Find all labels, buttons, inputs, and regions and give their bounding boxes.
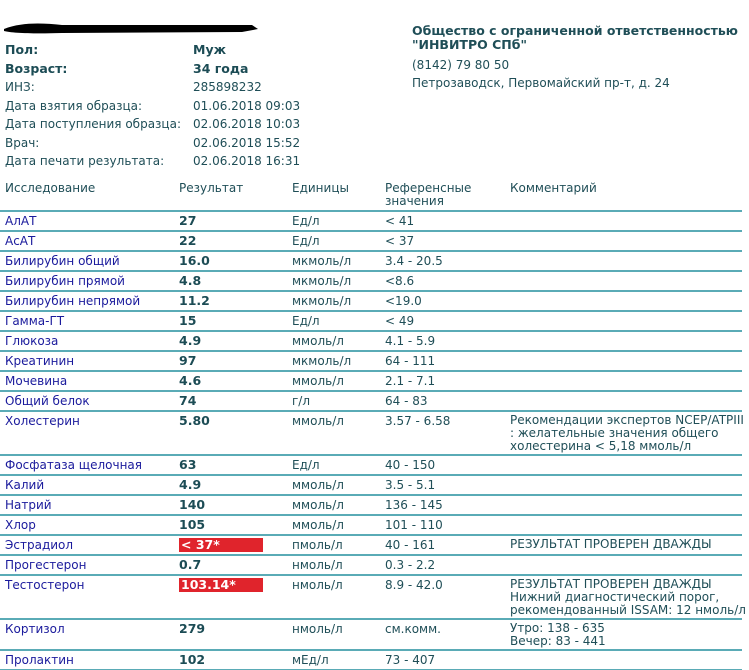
header-units: Единицы (292, 182, 349, 195)
test-units: Ед/л (292, 313, 320, 329)
reference-range: 4.1 - 5.9 (385, 333, 435, 349)
test-result: 279 (179, 621, 205, 637)
reference-range: 3.5 - 5.1 (385, 477, 435, 493)
reference-range: см.комм. (385, 621, 441, 637)
test-result: 5.80 (179, 413, 210, 429)
test-name: Билирубин непрямой (5, 293, 140, 309)
header-test: Исследование (5, 182, 95, 195)
table-row: Креатинин97мкмоль/л64 - 111 (0, 350, 742, 370)
table-row: АлАТ27Ед/л< 41 (0, 210, 742, 230)
results-table: Исследование Результат Единицы Референсн… (0, 180, 742, 670)
test-result: 4.9 (179, 333, 201, 349)
reference-range: 64 - 83 (385, 393, 428, 409)
test-name: Хлор (5, 517, 36, 533)
patient-field-label: Врач: (5, 134, 190, 152)
test-name: Прогестерон (5, 557, 86, 573)
test-name: Фосфатаза щелочная (5, 457, 142, 473)
test-units: г/л (292, 393, 310, 409)
test-units: мЕд/л (292, 652, 329, 668)
test-units: мкмоль/л (292, 273, 351, 289)
test-result: 16.0 (179, 253, 210, 269)
test-result: 74 (179, 393, 196, 409)
table-row: Эстрадиол< 37*пмоль/л40 - 161РЕЗУЛЬТАТ П… (0, 534, 742, 554)
test-result: 27 (179, 213, 196, 229)
test-units: ммоль/л (292, 477, 344, 493)
table-row: Пролактин102мЕд/л73 - 407 (0, 649, 742, 669)
patient-field-value: 34 года (193, 60, 248, 78)
table-row: Хлор105ммоль/л101 - 110 (0, 514, 742, 534)
reference-range: < 37 (385, 233, 414, 249)
test-comment: Утро: 138 - 635Вечер: 83 - 441 (510, 622, 606, 648)
reference-range: 64 - 111 (385, 353, 435, 369)
table-row: Натрий140ммоль/л136 - 145 (0, 494, 742, 514)
test-units: Ед/л (292, 213, 320, 229)
test-units: нмоль/л (292, 621, 343, 637)
patient-field-label: Пол: (5, 41, 190, 59)
test-name: Общий белок (5, 393, 90, 409)
test-comment: Рекомендации экспертов NCEP/ATPIII: жела… (510, 414, 744, 453)
test-units: нмоль/л (292, 557, 343, 573)
table-row: Калий4.9ммоль/л3.5 - 5.1 (0, 474, 742, 494)
test-units: Ед/л (292, 233, 320, 249)
test-units: мкмоль/л (292, 293, 351, 309)
lab-info: Общество с ограниченной ответственностью… (412, 24, 738, 92)
header-result: Результат (179, 182, 243, 195)
test-units: мкмоль/л (292, 253, 351, 269)
test-comment: РЕЗУЛЬТАТ ПРОВЕРЕН ДВАЖДЫНижний диагност… (510, 578, 746, 617)
table-row: Холестерин5.80ммоль/л3.57 - 6.58Рекоменд… (0, 410, 742, 454)
table-row: Общий белок74г/л64 - 83 (0, 390, 742, 410)
patient-field-label: Возраст: (5, 60, 190, 78)
test-units: нмоль/л (292, 577, 343, 593)
reference-range: 0.3 - 2.2 (385, 557, 435, 573)
lab-name-line1: Общество с ограниченной ответственностью (412, 24, 738, 38)
redacted-patient-name (2, 22, 258, 34)
lab-phone: (8142) 79 80 50 (412, 56, 738, 74)
header-reference: Референсные значения (385, 182, 471, 208)
flagged-result: < 37* (179, 538, 263, 552)
table-row: Прогестерон0.7нмоль/л0.3 - 2.2 (0, 554, 742, 574)
test-name: Мочевина (5, 373, 67, 389)
table-row: Фосфатаза щелочная63Ед/л40 - 150 (0, 454, 742, 474)
test-name: Калий (5, 477, 44, 493)
test-name: Билирубин общий (5, 253, 120, 269)
patient-field-value: 02.06.2018 16:31 (193, 152, 300, 170)
test-name: Холестерин (5, 413, 80, 429)
reference-range: < 49 (385, 313, 414, 329)
table-row: Тестостерон103.14*нмоль/л8.9 - 42.0РЕЗУЛ… (0, 574, 742, 618)
reference-range: < 41 (385, 213, 414, 229)
table-row: Кортизол279нмоль/лсм.комм.Утро: 138 - 63… (0, 618, 742, 649)
test-result: 97 (179, 353, 196, 369)
patient-field-label: Дата поступления образца: (5, 115, 190, 133)
patient-field-value: Муж (193, 41, 226, 59)
reference-range: 73 - 407 (385, 652, 435, 668)
test-result: 0.7 (179, 557, 201, 573)
test-comment: РЕЗУЛЬТАТ ПРОВЕРЕН ДВАЖДЫ (510, 538, 712, 551)
patient-field-label: ИНЗ: (5, 78, 190, 96)
test-result: 140 (179, 497, 205, 513)
test-units: ммоль/л (292, 497, 344, 513)
reference-range: 3.57 - 6.58 (385, 413, 450, 429)
test-name: Билирубин прямой (5, 273, 125, 289)
patient-field-value: 02.06.2018 10:03 (193, 115, 300, 133)
test-result: 63 (179, 457, 196, 473)
patient-field-label: Дата взятия образца: (5, 97, 190, 115)
test-units: мкмоль/л (292, 353, 351, 369)
test-units: ммоль/л (292, 333, 344, 349)
table-row: Билирубин непрямой11.2мкмоль/л<19.0 (0, 290, 742, 310)
table-row: Билирубин прямой4.8мкмоль/л<8.6 (0, 270, 742, 290)
test-units: ммоль/л (292, 373, 344, 389)
test-units: ммоль/л (292, 517, 344, 533)
test-name: Креатинин (5, 353, 74, 369)
test-result: 102 (179, 652, 205, 668)
test-name: Глюкоза (5, 333, 58, 349)
reference-range: 8.9 - 42.0 (385, 577, 443, 593)
test-name: Тестостерон (5, 577, 84, 593)
lab-address: Петрозаводск, Первомайский пр-т, д. 24 (412, 74, 738, 92)
table-row: АсАТ22Ед/л< 37 (0, 230, 742, 250)
test-result: 22 (179, 233, 196, 249)
test-units: пмоль/л (292, 537, 343, 553)
patient-field-value: 285898232 (193, 78, 262, 96)
patient-field-value: 01.06.2018 09:03 (193, 97, 300, 115)
flagged-result: 103.14* (179, 578, 263, 592)
patient-field-label: Дата печати результата: (5, 152, 190, 170)
test-name: АсАТ (5, 233, 35, 249)
reference-range: 3.4 - 20.5 (385, 253, 443, 269)
table-header: Исследование Результат Единицы Референсн… (0, 180, 742, 210)
test-result: 4.6 (179, 373, 201, 389)
table-row: Мочевина4.6ммоль/л2.1 - 7.1 (0, 370, 742, 390)
test-units: ммоль/л (292, 413, 344, 429)
table-row: Билирубин общий16.0мкмоль/л3.4 - 20.5 (0, 250, 742, 270)
reference-range: <8.6 (385, 273, 414, 289)
header-comment: Комментарий (510, 182, 597, 195)
reference-range: <19.0 (385, 293, 422, 309)
test-units: Ед/л (292, 457, 320, 473)
test-name: АлАТ (5, 213, 36, 229)
test-result: 105 (179, 517, 205, 533)
lab-name-line2: "ИНВИТРО СПб" (412, 38, 738, 52)
table-body: АлАТ27Ед/л< 41АсАТ22Ед/л< 37Билирубин об… (0, 210, 742, 669)
reference-range: 101 - 110 (385, 517, 443, 533)
test-result: 4.9 (179, 477, 201, 493)
test-result: 15 (179, 313, 196, 329)
reference-range: 40 - 150 (385, 457, 435, 473)
table-row: Глюкоза4.9ммоль/л4.1 - 5.9 (0, 330, 742, 350)
reference-range: 2.1 - 7.1 (385, 373, 435, 389)
patient-field-value: 02.06.2018 15:52 (193, 134, 300, 152)
test-result: 4.8 (179, 273, 201, 289)
test-name: Кортизол (5, 621, 65, 637)
table-row: Гамма-ГТ15Ед/л< 49 (0, 310, 742, 330)
test-result: 11.2 (179, 293, 210, 309)
test-name: Гамма-ГТ (5, 313, 64, 329)
reference-range: 40 - 161 (385, 537, 435, 553)
reference-range: 136 - 145 (385, 497, 443, 513)
test-name: Натрий (5, 497, 52, 513)
test-name: Эстрадиол (5, 537, 73, 553)
test-name: Пролактин (5, 652, 74, 668)
